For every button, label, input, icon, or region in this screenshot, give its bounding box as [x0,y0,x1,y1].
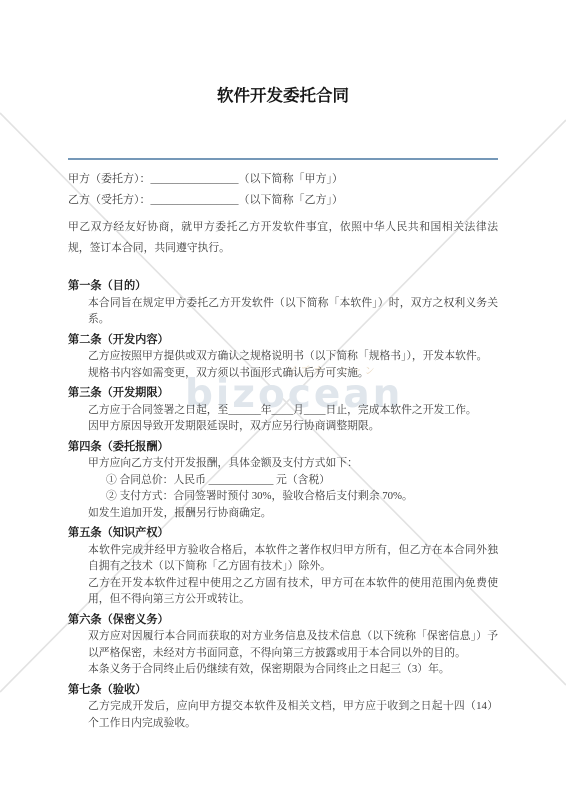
party-a-line: 甲方（委托方）：________________（以下简称「甲方」） [68,169,498,190]
contract-page: ビズオーシャン bizocean 软件开发委托合同 甲方（委托方）：______… [0,0,566,800]
article-6-heading: 第六条（保密义务） [68,612,498,629]
article-3-heading: 第三条（开发期限） [68,385,498,402]
party-b-line: 乙方（受托方）：________________（以下简称「乙方」） [68,190,498,211]
article-4-subitem: ① 合同总价：人民币 ____________ 元（含税） [106,472,498,489]
article-6-paragraph: 本条义务于合同终止后仍继续有效，保密期限为合同终止之日起三（3）年。 [88,661,498,678]
article-4: 第四条（委托报酬） 甲方应向乙方支付开发报酬，具体金额及支付方式如下： ① 合同… [68,439,498,522]
article-3: 第三条（开发期限） 乙方应于合同签署之日起，至______年____月____日… [68,385,498,435]
article-7: 第七条（验收） 乙方完成开发后，应向甲方提交本软件及相关文档，甲方应于收到之日起… [68,682,498,732]
document-title: 软件开发委托合同 [68,0,498,108]
document-content: 软件开发委托合同 甲方（委托方）：________________（以下简称「甲… [68,0,498,731]
article-2-paragraph: 乙方应按照甲方提供或双方确认之规格说明书（以下简称「规格书」），开发本软件。 [88,348,498,365]
article-3-paragraph: 乙方应于合同签署之日起，至______年____月____日止，完成本软件之开发… [88,402,498,419]
article-7-paragraph: 乙方完成开发后，应向甲方提交本软件及相关文档，甲方应于收到之日起十四（14）个工… [88,698,498,731]
preamble-paragraph: 甲乙双方经友好协商，就甲方委托乙方开发软件事宜，依照中华人民共和国相关法律法规，… [68,217,498,259]
article-6-paragraph: 双方应对因履行本合同而获取的对方业务信息及技术信息（以下统称「保密信息」）予以严… [88,628,498,661]
article-5: 第五条（知识产权） 本软件完成并经甲方验收合格后，本软件之著作权归甲方所有，但乙… [68,525,498,608]
article-2: 第二条（开发内容） 乙方应按照甲方提供或双方确认之规格说明书（以下简称「规格书」… [68,332,498,382]
article-1-heading: 第一条（目的） [68,278,498,295]
article-7-heading: 第七条（验收） [68,682,498,699]
article-6: 第六条（保密义务） 双方应对因履行本合同而获取的对方业务信息及技术信息（以下统称… [68,612,498,678]
article-4-paragraph: 如发生追加开发，报酬另行协商确定。 [88,505,498,522]
articles-block: 第一条（目的） 本合同旨在规定甲方委托乙方开发软件（以下简称「本软件」）时，双方… [68,278,498,731]
article-1: 第一条（目的） 本合同旨在规定甲方委托乙方开发软件（以下简称「本软件」）时，双方… [68,278,498,328]
article-3-paragraph: 因甲方原因导致开发期限延误时，双方应另行协商调整期限。 [88,418,498,435]
article-1-paragraph: 本合同旨在规定甲方委托乙方开发软件（以下简称「本软件」）时，双方之权利义务关系。 [88,295,498,328]
article-5-heading: 第五条（知识产权） [68,525,498,542]
article-4-subitem: ② 支付方式：合同签署时预付 30%，验收合格后支付剩余 70%。 [106,488,498,505]
article-5-paragraph: 乙方在开发本软件过程中使用之乙方固有技术，甲方可在本软件的使用范围内免费使用，但… [88,575,498,608]
article-2-paragraph: 规格书内容如需变更，双方须以书面形式确认后方可实施。 [88,365,498,382]
header-divider [68,158,498,160]
article-4-heading: 第四条（委托报酬） [68,439,498,456]
article-2-heading: 第二条（开发内容） [68,332,498,349]
article-5-paragraph: 本软件完成并经甲方验收合格后，本软件之著作权归甲方所有，但乙方在本合同外独自拥有… [88,542,498,575]
article-4-paragraph: 甲方应向乙方支付开发报酬，具体金额及支付方式如下： [88,455,498,472]
parties-block: 甲方（委托方）：________________（以下简称「甲方」） 乙方（受托… [68,169,498,211]
